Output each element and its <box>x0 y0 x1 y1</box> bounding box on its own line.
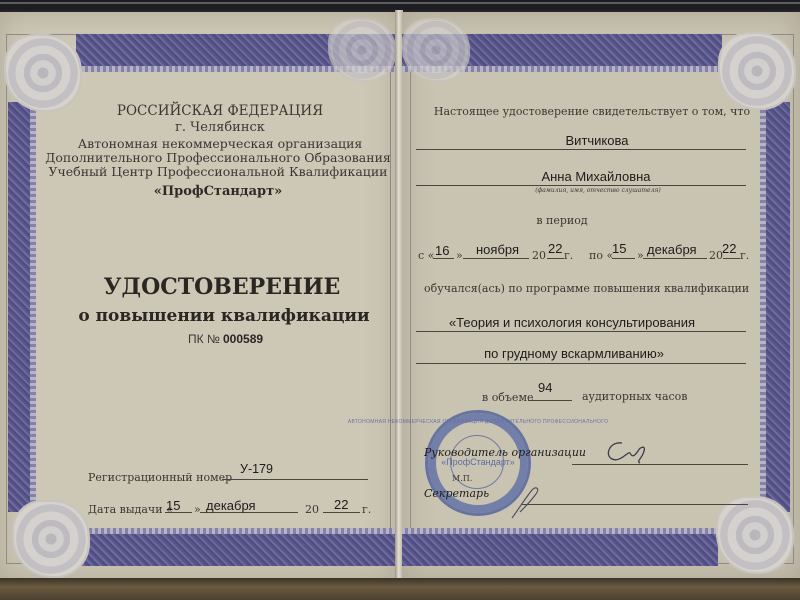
stamp-ring-text: АВТОНОМНАЯ НЕКОММЕРЧЕСКАЯ ОРГАНИЗАЦИЯ ДО… <box>348 419 608 425</box>
from-day: 16 <box>435 243 449 258</box>
to-day: 15 <box>612 241 626 256</box>
certificate-number: 000589 <box>223 332 263 346</box>
name-caption: (фамилия, имя, отчество слушателя) <box>535 187 661 194</box>
secretary-label: Секретарь <box>424 487 489 500</box>
from-prefix: с « <box>418 249 434 262</box>
program-line-2 <box>416 363 746 364</box>
lace-border-right <box>760 102 766 512</box>
to-month-line <box>643 258 707 259</box>
corner-rosette-bottom-left <box>14 502 88 576</box>
period-label: в период <box>536 214 587 227</box>
program-line-1 <box>416 331 746 332</box>
issue-day: 15 <box>166 498 180 513</box>
org-name: «ПрофСтандарт» <box>154 184 283 199</box>
table-surface <box>0 578 800 600</box>
registration-label: Регистрационный номер <box>88 471 232 484</box>
head-of-organization-label: Руководитель организации <box>424 446 586 459</box>
certificate-subtitle: о повышении квалификации <box>78 306 369 326</box>
spine-rosette-right <box>404 20 468 80</box>
issue-year-line <box>323 512 360 513</box>
certificate-number-label: ПК № <box>188 332 220 346</box>
corner-rosette-top-right <box>720 34 794 108</box>
org-line-2: Дополнительного Профессионального Образо… <box>45 150 391 165</box>
hours-line <box>528 400 572 401</box>
spine-rosette-left <box>330 20 394 80</box>
from-day-line <box>433 258 454 259</box>
to-year-suffix: 22 <box>722 241 736 256</box>
issue-date-label: Дата выдачи « <box>88 503 173 516</box>
student-given-names: Анна Михайловна <box>541 169 650 184</box>
issue-year-prefix: 20 <box>305 503 319 516</box>
to-quote-close: » <box>637 249 644 262</box>
to-year-line <box>723 258 740 259</box>
organization-stamp: АВТОНОМНАЯ НЕКОММЕРЧЕСКАЯ ОРГАНИЗАЦИЯ ДО… <box>425 410 531 516</box>
certificate-intro: Настоящее удостоверение свидетельствует … <box>434 105 750 118</box>
from-year-line <box>547 258 564 259</box>
from-month-line <box>463 258 529 259</box>
org-line-1: Автономная некоммерческая организация <box>78 136 363 151</box>
to-year-mark: г. <box>740 249 749 262</box>
issue-month: декабря <box>206 498 256 513</box>
hours-value: 94 <box>538 380 552 395</box>
hours-prefix: в объеме <box>482 391 534 404</box>
student-surname: Витчикова <box>566 133 629 148</box>
lace-border-left <box>30 102 36 512</box>
to-month: декабря <box>647 242 697 257</box>
given-names-line <box>416 185 746 186</box>
to-day-line <box>612 258 635 259</box>
corner-rosette-bottom-right <box>718 498 792 572</box>
issue-year-mark: г. <box>362 503 371 516</box>
secretary-signature-line <box>522 504 748 505</box>
head-signature-line <box>572 464 748 465</box>
lace-border-bottom <box>402 528 718 534</box>
guilloche-frame-bottom <box>80 532 396 566</box>
program-title-line-2: по грудному вскармливанию» <box>484 346 664 361</box>
from-month: ноября <box>476 242 519 257</box>
certificate-left-page: РОССИЙСКАЯ ФЕДЕРАЦИЯ г. Челябинск Автоно… <box>0 12 396 578</box>
to-prefix: по « <box>589 249 613 262</box>
from-quote-close: » <box>456 249 463 262</box>
studied-label: обучался(ась) по программе повышения ква… <box>424 282 749 295</box>
registration-line <box>222 479 368 480</box>
surname-line <box>416 149 746 150</box>
hours-suffix: аудиторных часов <box>582 390 687 403</box>
certificate-title: УДОСТОВЕРЕНИЕ <box>104 274 341 300</box>
country-name: РОССИЙСКАЯ ФЕДЕРАЦИЯ <box>117 103 323 119</box>
from-year-suffix: 22 <box>548 241 562 256</box>
from-year-prefix: 20 <box>532 249 546 262</box>
folder-top-highlight <box>0 2 800 4</box>
seal-place-label: М.П. <box>452 474 472 483</box>
guilloche-frame-bottom <box>402 532 718 566</box>
to-year-prefix: 20 <box>709 249 723 262</box>
from-year-mark: г. <box>564 249 573 262</box>
lace-border-bottom <box>80 528 396 534</box>
guilloche-frame-left <box>8 102 32 512</box>
guilloche-frame-right <box>766 102 790 512</box>
issue-quote-close: » <box>194 503 201 516</box>
corner-rosette-top-left <box>6 36 80 110</box>
program-title-line-1: «Теория и психология консультирования <box>449 315 695 330</box>
registration-number: У-179 <box>240 462 273 476</box>
city-name: г. Челябинск <box>175 120 265 135</box>
head-signature-icon <box>600 437 660 467</box>
issue-year-suffix: 22 <box>334 497 348 512</box>
org-line-3: Учебный Центр Профессиональной Квалифика… <box>48 164 387 179</box>
